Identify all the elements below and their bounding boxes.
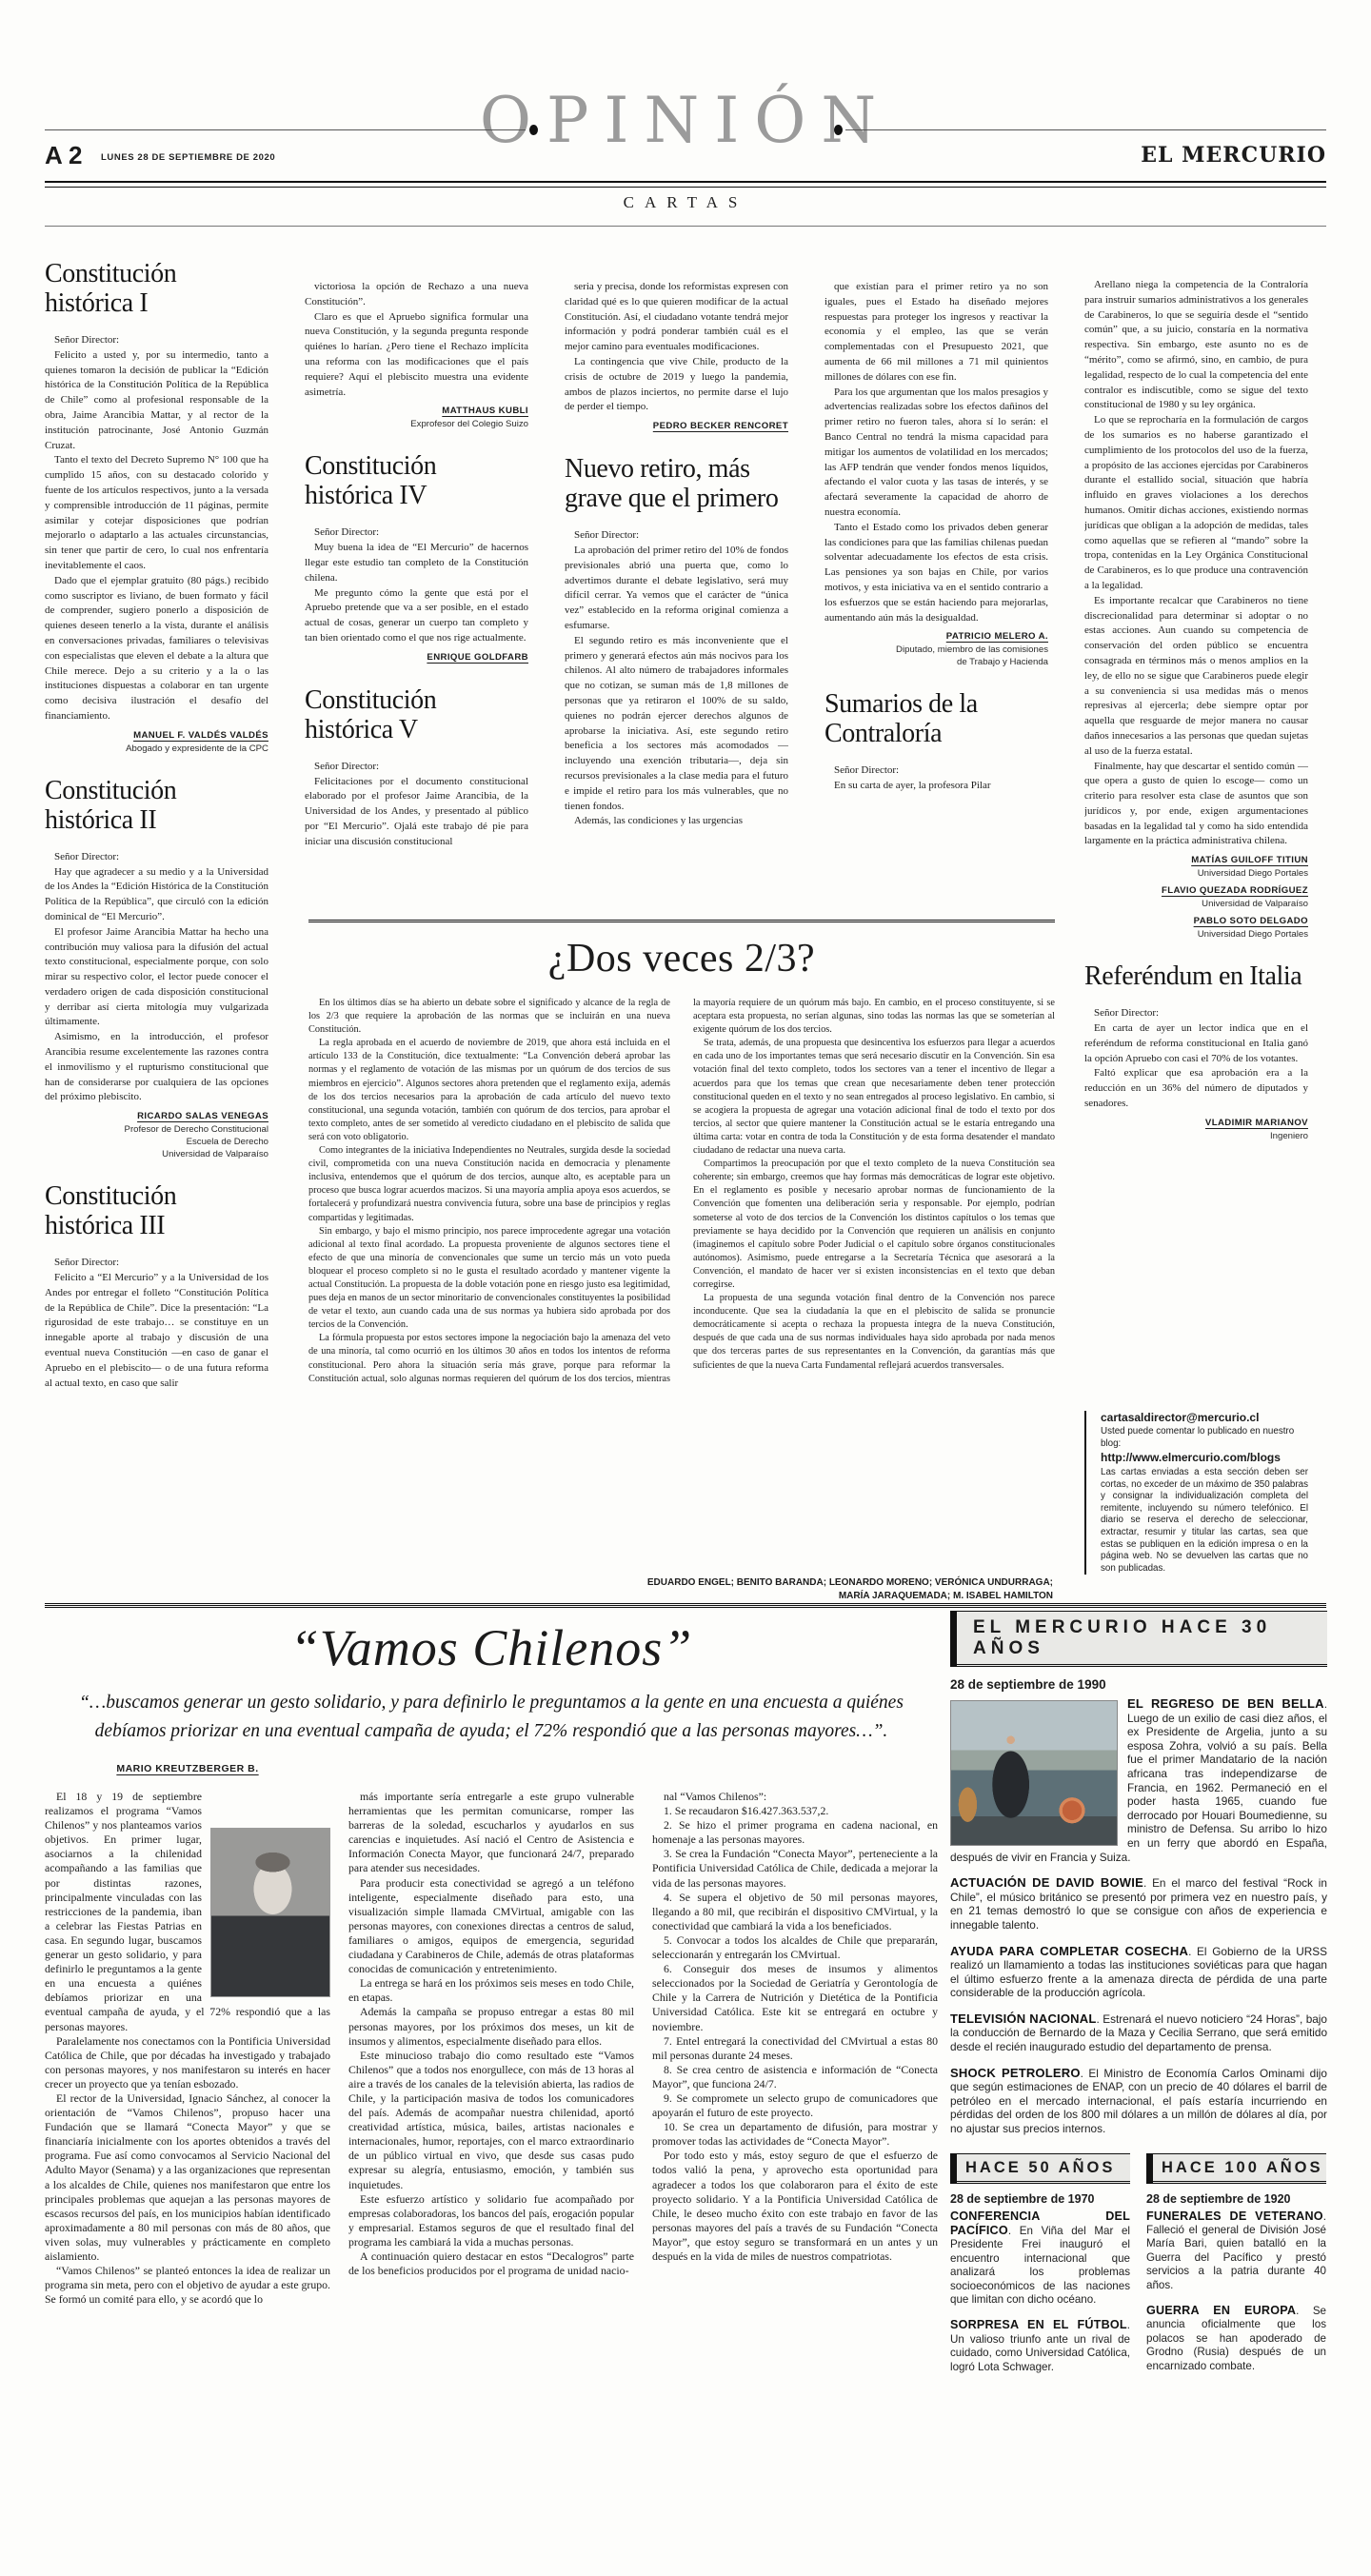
article-paragraph: 8. Se crea centro de asistencia e inform… <box>652 2063 938 2091</box>
history-item: FUNERALES DE VETERANO. Falleció el gener… <box>1146 2209 1326 2292</box>
article-paragraph: Además la campaña se propuso entregar a … <box>348 2005 634 2048</box>
letter-block: Constitución histórica I <box>45 259 268 318</box>
subsection-title: CARTAS <box>0 193 1371 212</box>
blog-note: Usted puede comentar lo publicado en nue… <box>1101 1425 1308 1450</box>
letter-block: Asimismo, en la introducción, el profeso… <box>45 1030 268 1105</box>
brand-logo: EL MERCURIO <box>1141 143 1326 168</box>
article-paragraph: La entrega se hará en los próximos seis … <box>348 1976 634 2005</box>
letters-column-4: que existían para el primer retiro ya no… <box>825 238 1048 958</box>
feature-paragraph: La propuesta de una segunda votación fin… <box>693 1292 1055 1373</box>
article-column-2: más importante sería entregarle a este g… <box>348 1790 634 2565</box>
header-rule <box>45 181 1326 188</box>
masthead-dot-right <box>834 125 843 135</box>
article-paragraph: Este minucioso trabajo dio como resultad… <box>348 2049 634 2192</box>
letter-block: Universidad de Valparaíso <box>45 1148 268 1160</box>
article-paragraph: 2. Se hizo el primer programa en cadena … <box>652 1818 938 1847</box>
article-column-3: nal “Vamos Chilenos”:1. Se recaudaron $1… <box>652 1790 938 2565</box>
article-paragraph: El rector de la Universidad, Ignacio Sán… <box>45 2091 330 2264</box>
letter-block: Constitución histórica IV <box>305 451 528 510</box>
feature-paragraph: En los últimos días se ha abierto un deb… <box>308 997 670 1037</box>
letter-block: Universidad Diego Portales <box>1084 928 1308 941</box>
letters-info-box: cartasaldirector@mercurio.cl Usted puede… <box>1084 1411 1308 1575</box>
letter-block: Constitución histórica III <box>45 1181 268 1240</box>
letter-block: victoriosa la opción de Rechazo a una nu… <box>305 280 528 310</box>
letters-email: cartasaldirector@mercurio.cl <box>1101 1411 1308 1425</box>
article-paragraph: 4. Se supera el objetivo de 50 mil perso… <box>652 1891 938 1933</box>
article-paragraph: más importante sería entregarle a este g… <box>348 1790 634 1876</box>
letter-block: Arellano niega la competencia de la Cont… <box>1084 278 1308 413</box>
feature-paragraph: Se trata, además, de una propuesta que d… <box>693 1037 1055 1158</box>
feature-title: ¿Dos veces 2/3? <box>308 936 1055 981</box>
letters-column-1: Constitución histórica ISeñor Director:F… <box>45 238 268 1605</box>
article-paragraph: 5. Convocar a todos los alcaldes de Chil… <box>652 1933 938 1962</box>
letter-block: Exprofesor del Colegio Suizo <box>305 418 528 430</box>
feature-letter: ¿Dos veces 2/3? En los últimos días se h… <box>308 920 1055 1606</box>
hace-100-box: HACE 100 AÑOS 28 de septiembre de 1920 F… <box>1146 2153 1326 2386</box>
article-byline: MARIO KREUTZBERGER B. <box>45 1763 330 1774</box>
letter-block: MATÍAS GUILOFF TITIUN <box>1084 854 1308 867</box>
letter-block: Felicito a usted y, por su intermedio, t… <box>45 348 268 454</box>
letter-block: Señor Director: <box>1084 1006 1308 1021</box>
article-paragraph: 9. Se compromete un selecto grupo de com… <box>652 2091 938 2120</box>
letter-block: PATRICIO MELERO A. <box>825 630 1048 644</box>
letter-block: La contingencia que vive Chile, producto… <box>565 355 788 415</box>
letter-block: El profesor Jaime Arancibia Mattar ha he… <box>45 925 268 1031</box>
letter-block: Universidad de Valparaíso <box>1084 898 1308 910</box>
letter-block: Faltó explicar que esa aprobación era a … <box>1084 1066 1308 1111</box>
letter-block: En carta de ayer un lector indica que en… <box>1084 1021 1308 1066</box>
letter-block: que existían para el primer retiro ya no… <box>825 280 1048 386</box>
lead-story-title: EL REGRESO DE BEN BELLA <box>1127 1696 1324 1711</box>
letter-block: Lo que se reprocharía en la formulación … <box>1084 413 1308 594</box>
article-paragraph: A continuación quiero destacar en estos … <box>348 2249 634 2278</box>
letter-block: El segundo retiro es más inconveniente q… <box>565 634 788 815</box>
sidebar-lead-story: EL REGRESO DE BEN BELLA. Luego de un exi… <box>950 1697 1327 1864</box>
article-paragraph: Para producir esta conectividad se agreg… <box>348 1876 634 1977</box>
letters-column-3: seria y precisa, donde los reformistas e… <box>565 238 788 958</box>
ben-bella-photo <box>950 1700 1118 1846</box>
masthead-rule-right <box>845 129 1326 130</box>
letter-block: VLADIMIR MARIANOV <box>1084 1117 1308 1130</box>
letter-block: Me pregunto cómo la gente que está por e… <box>305 586 528 646</box>
letter-block: de Trabajo y Hacienda <box>825 656 1048 668</box>
sidebar-item-title: SHOCK PETROLERO <box>950 2066 1081 2080</box>
article-paragraph: 3. Se crea la Fundación “Conecta Mayor”,… <box>652 1847 938 1890</box>
letter-block: Felicito a “El Mercurio” y a la Universi… <box>45 1271 268 1391</box>
hace-50-header: HACE 50 AÑOS <box>950 2153 1130 2184</box>
blog-url: http://www.elmercurio.com/blogs <box>1101 1450 1308 1465</box>
feature-paragraph: Como integrantes de la iniciativa Indepe… <box>308 1144 670 1225</box>
hace-100-header: HACE 100 AÑOS <box>1146 2153 1326 2184</box>
letter-block: En su carta de ayer, la profesora Pilar <box>825 779 1048 794</box>
feature-paragraph: Sin embargo, y bajo el mismo principio, … <box>308 1225 670 1333</box>
letter-block: Señor Director: <box>45 850 268 865</box>
newspaper-page: OPINIÓN A 2 LUNES 28 DE SEPTIEMBRE DE 20… <box>0 0 1371 2576</box>
section-divider <box>45 1603 1326 1608</box>
sidebar-item: TELEVISIÓN NACIONAL. Estrenará el nuevo … <box>950 2012 1327 2054</box>
letter-block: Claro es que el Apruebo significa formul… <box>305 310 528 401</box>
article-paragraph: “Vamos Chilenos” se planteó entonces la … <box>45 2264 330 2307</box>
article-paragraph: 10. Se crea un departamento de difusión,… <box>652 2120 938 2149</box>
letter-block: RICARDO SALAS VENEGAS <box>45 1110 268 1123</box>
letter-block: Dado que el ejemplar gratuito (80 págs.)… <box>45 574 268 724</box>
letter-block: Señor Director: <box>45 333 268 348</box>
article-paragraph: 1. Se recaudaron $16.427.363.537,2. <box>652 1804 938 1818</box>
letter-block: seria y precisa, donde los reformistas e… <box>565 280 788 355</box>
sidebar-item-title: AYUDA PARA COMPLETAR COSECHA <box>950 1944 1188 1958</box>
letter-block: Escuela de Derecho <box>45 1136 268 1148</box>
history-sidebar: EL MERCURIO HACE 30 AÑOS 28 de septiembr… <box>950 1611 1327 2386</box>
letter-block: Tanto el texto del Decreto Supremo N° 10… <box>45 453 268 573</box>
letter-block: Señor Director: <box>825 763 1048 779</box>
letter-block: ENRIQUE GOLDFARB <box>305 651 528 664</box>
letter-block: Finalmente, hay que descartar el sentido… <box>1084 760 1308 850</box>
letter-block: Señor Director: <box>305 525 528 541</box>
letter-block: Constitución histórica V <box>305 685 528 744</box>
author-portrait-photo <box>210 1828 330 1997</box>
masthead-dot-left <box>529 125 538 135</box>
masthead-rule-left <box>45 129 526 130</box>
letter-block: MANUEL F. VALDÉS VALDÉS <box>45 729 268 743</box>
hace-50-box: HACE 50 AÑOS 28 de septiembre de 1970 CO… <box>950 2153 1130 2386</box>
sidebar-item: ACTUACIÓN DE DAVID BOWIE. En el marco de… <box>950 1876 1327 1932</box>
sidebar-header: EL MERCURIO HACE 30 AÑOS <box>950 1611 1327 1667</box>
letters-column-5: Arellano niega la competencia de la Cont… <box>1084 238 1308 1444</box>
letter-block: Constitución histórica II <box>45 776 268 835</box>
letter-block: Además, las condiciones y las urgencias <box>565 814 788 829</box>
letters-policy: Las cartas enviadas a esta sección deben… <box>1101 1467 1308 1575</box>
anniversary-boxes: HACE 50 AÑOS 28 de septiembre de 1970 CO… <box>950 2153 1327 2386</box>
letter-block: Es importante recalcar que Carabineros n… <box>1084 594 1308 760</box>
history-item-title: SORPRESA EN EL FÚTBOL <box>950 2318 1127 2331</box>
letter-block: Abogado y expresidente de la CPC <box>45 743 268 755</box>
sidebar-date: 28 de septiembre de 1990 <box>950 1677 1327 1692</box>
feature-paragraph: La regla aprobada en el acuerdo de novie… <box>308 1037 670 1144</box>
sidebar-item-title: ACTUACIÓN DE DAVID BOWIE <box>950 1875 1143 1890</box>
letter-block: Señor Director: <box>305 760 528 775</box>
letter-block: PEDRO BECKER RENCORET <box>565 420 788 433</box>
letter-block: Universidad Diego Portales <box>1084 867 1308 880</box>
sidebar-item-title: TELEVISIÓN NACIONAL <box>950 2011 1096 2026</box>
subsection-rule <box>45 226 1326 227</box>
vamos-chilenos-article: “Vamos Chilenos” “…buscamos generar un g… <box>45 1611 938 2563</box>
hace-50-date: 28 de septiembre de 1970 <box>950 2192 1130 2206</box>
letter-block: Nuevo retiro, más grave que el primero <box>565 454 788 513</box>
article-subtitle: “…buscamos generar un gesto solidario, y… <box>63 1689 920 1746</box>
letters-column-2: victoriosa la opción de Rechazo a una nu… <box>305 238 528 958</box>
letter-block: FLAVIO QUEZADA RODRÍGUEZ <box>1084 884 1308 898</box>
letter-block: Tanto el Estado como los privados deben … <box>825 521 1048 626</box>
feature-signatories: EDUARDO ENGEL; BENITO BARANDA; LEONARDO … <box>644 1576 1053 1602</box>
letter-block: Diputado, miembro de las comisiones <box>825 644 1048 656</box>
article-column-1: El 18 y 19 de septiembre realizamos el p… <box>45 1790 330 2565</box>
feature-paragraph: Compartimos la preocupación por que el t… <box>693 1158 1055 1292</box>
feature-body: En los últimos días se ha abierto un deb… <box>308 997 1055 1577</box>
letter-block: Sumarios de la Contraloría <box>825 689 1048 748</box>
letter-block: Hay que agradecer a su medio y a la Univ… <box>45 865 268 925</box>
article-paragraph: 6. Conseguir dos meses de insumos y alim… <box>652 1962 938 2033</box>
history-item-title: GUERRA EN EUROPA <box>1146 2304 1296 2317</box>
history-item: SORPRESA EN EL FÚTBOL. Un valioso triunf… <box>950 2318 1130 2374</box>
letter-block: Ingeniero <box>1084 1130 1308 1142</box>
history-item: GUERRA EN EUROPA. Se anuncia oficialment… <box>1146 2304 1326 2373</box>
article-paragraph: Paralelamente nos conectamos con la Pont… <box>45 2034 330 2091</box>
article-paragraph: 7. Entel entregará la conectividad del C… <box>652 2034 938 2063</box>
letter-block: Profesor de Derecho Constitucional <box>45 1123 268 1136</box>
letter-block: La aprobación del primer retiro del 10% … <box>565 544 788 634</box>
letter-block: Muy buena la idea de “El Mercurio” de ha… <box>305 541 528 585</box>
article-paragraph: Este esfuerzo artístico y solidario fue … <box>348 2192 634 2249</box>
letter-block: MATTHAUS KUBLI <box>305 405 528 418</box>
letter-block: Señor Director: <box>565 528 788 544</box>
article-headline: “Vamos Chilenos” <box>45 1618 938 1677</box>
letter-block: Para los que argumentan que los malos pr… <box>825 386 1048 521</box>
sidebar-item: SHOCK PETROLERO. El Ministro de Economía… <box>950 2067 1327 2136</box>
letter-block: Señor Director: <box>45 1256 268 1271</box>
article-paragraph: Por todo esto y más, estoy seguro de que… <box>652 2149 938 2264</box>
sidebar-item: AYUDA PARA COMPLETAR COSECHA. El Gobiern… <box>950 1945 1327 2000</box>
sidebar-items: ACTUACIÓN DE DAVID BOWIE. En el marco de… <box>950 1876 1327 2136</box>
letter-block: Felicitaciones por el documento constitu… <box>305 775 528 850</box>
article-paragraph: nal “Vamos Chilenos”: <box>652 1790 938 1804</box>
page-date: LUNES 28 DE SEPTIEMBRE DE 2020 <box>101 152 275 163</box>
letter-block: Referéndum en Italia <box>1084 961 1308 991</box>
history-item: CONFERENCIA DEL PACÍFICO. En Viña del Ma… <box>950 2209 1130 2308</box>
hace-100-date: 28 de septiembre de 1920 <box>1146 2192 1326 2206</box>
letter-block: PABLO SOTO DELGADO <box>1084 915 1308 928</box>
history-item-title: FUNERALES DE VETERANO <box>1146 2209 1323 2223</box>
page-number: A 2 <box>45 141 83 170</box>
